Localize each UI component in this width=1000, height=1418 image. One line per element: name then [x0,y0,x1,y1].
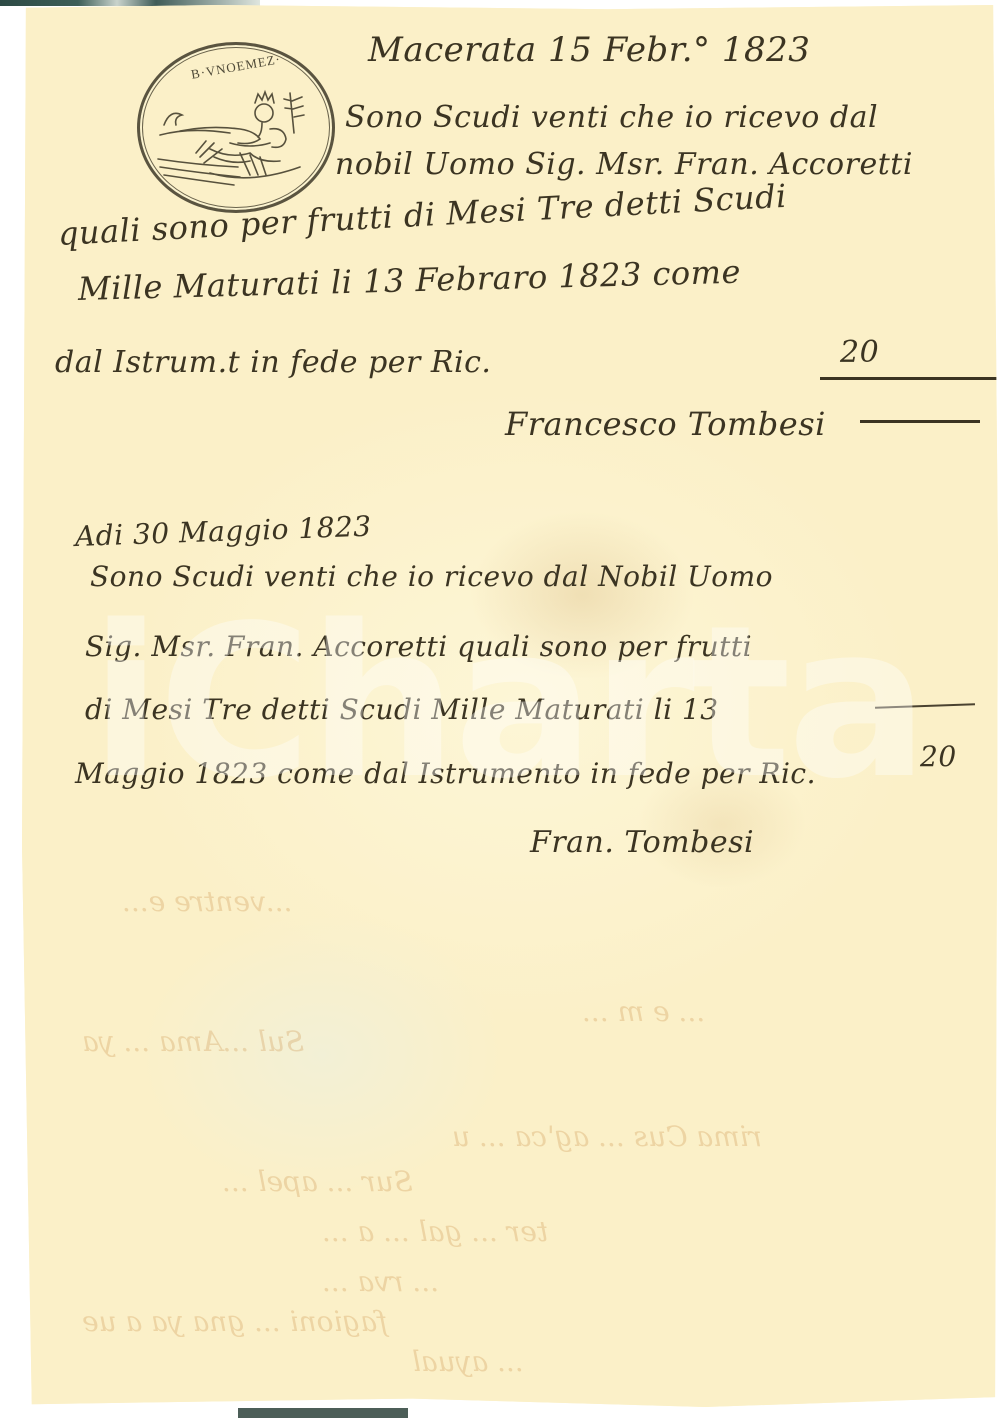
document-page: ...ventre e... ... e m ... Sul ...Ama ..… [22,5,998,1407]
entry1-line: dal Istrum.t in fede per Ric. [55,345,491,380]
entry1-amount-rule [820,377,998,380]
entry2-amount: 20 [920,740,957,773]
bleed-through-text: rima Cus ... ag'ca ... u [452,1120,762,1153]
bleed-through-text: fagioni ... gna ya a ue [82,1305,387,1338]
bleed-through-text: Sul ...Ama ... ya [82,1025,304,1058]
tax-stamp: B·VNOEMEZ· [137,42,335,213]
entry2-signature: Fran. Tombesi [530,825,754,860]
entry2-heading: Adi 30 Maggio 1823 [74,510,372,553]
bleed-through-text: ... e m ... [582,995,705,1028]
bleed-through-text: ter ... gal ... a ... [322,1215,548,1248]
entry1-heading: Macerata 15 Febr.° 1823 [368,30,810,70]
bleed-through-text: ... rva ... [322,1265,439,1298]
entry1-line: nobil Uomo Sig. Msr. Fran. Accoretti [335,147,913,182]
entry1-amount: 20 [840,335,879,370]
bottom-edge-tab [238,1408,408,1418]
bleed-through-text: ...ventre e... [122,885,293,918]
entry1-line: Sono Scudi venti che io ricevo dal [345,100,878,135]
signature1-flourish [860,420,980,423]
entry1-line: Mille Maturati li 13 Febraro 1823 come [78,253,742,308]
entry1-signature: Francesco Tombesi [505,405,826,443]
bleed-through-text: Sur ... apel ... [222,1165,413,1198]
river-god-seal-icon [150,73,320,198]
watermark: iCharta [90,580,925,825]
bleed-through-text: ... ayual [412,1345,524,1378]
